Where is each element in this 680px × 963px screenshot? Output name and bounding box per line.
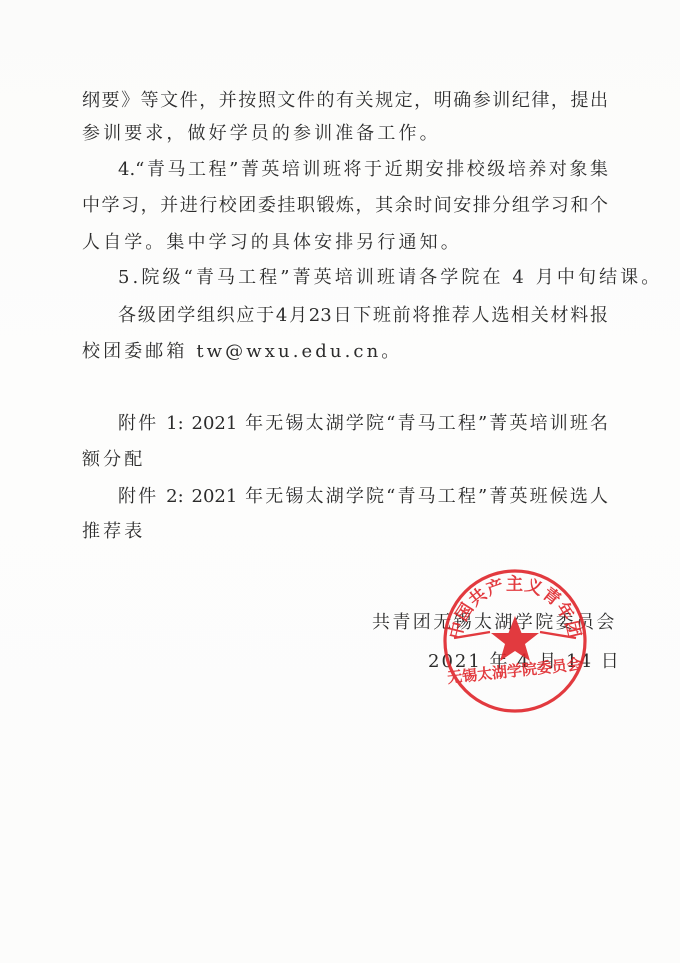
paragraph-line: 人自学。集中学习的具体安排另行通知。 bbox=[82, 231, 608, 255]
paragraph-line: 各级团学组织应于4月23日下班前将推荐人选相关材料报 bbox=[118, 304, 608, 328]
seal-bottom-text: 无锡太湖学院委员会 bbox=[446, 655, 582, 687]
attachment-1-line: 附件 1: 2021 年无锡太湖学院“青马工程”菁英培训班名 bbox=[118, 412, 608, 436]
paragraph-line: 5.院级“青马工程”菁英培训班请各学院在 4 月中旬结课。 bbox=[118, 266, 608, 290]
attachment-2-line: 附件 2: 2021 年无锡太湖学院“青马工程”菁英班候选人 bbox=[118, 485, 608, 509]
email-line: 校团委邮箱 tw@wxu.edu.cn。 bbox=[82, 340, 608, 364]
document-page: 纲要》等文件，并按照文件的有关规定，明确参训纪律，提出 参训要求，做好学员的参训… bbox=[0, 0, 680, 963]
paragraph-line: 参训要求，做好学员的参训准备工作。 bbox=[82, 122, 608, 146]
attachment-1-line: 额分配 bbox=[82, 448, 608, 472]
attachment-2-line: 推荐表 bbox=[82, 520, 608, 544]
seal-star-icon bbox=[491, 616, 539, 661]
paragraph-line: 中学习，并进行校团委挂职锻炼，其余时间安排分组学习和个 bbox=[82, 194, 608, 218]
paragraph-line: 纲要》等文件，并按照文件的有关规定，明确参训纪律，提出 bbox=[82, 89, 608, 113]
official-seal-icon: 中国共产主义青年团 无锡太湖学院委员会 bbox=[440, 566, 590, 716]
paragraph-line: 4.“青马工程”菁英培训班将于近期安排校级培养对象集 bbox=[118, 158, 608, 182]
